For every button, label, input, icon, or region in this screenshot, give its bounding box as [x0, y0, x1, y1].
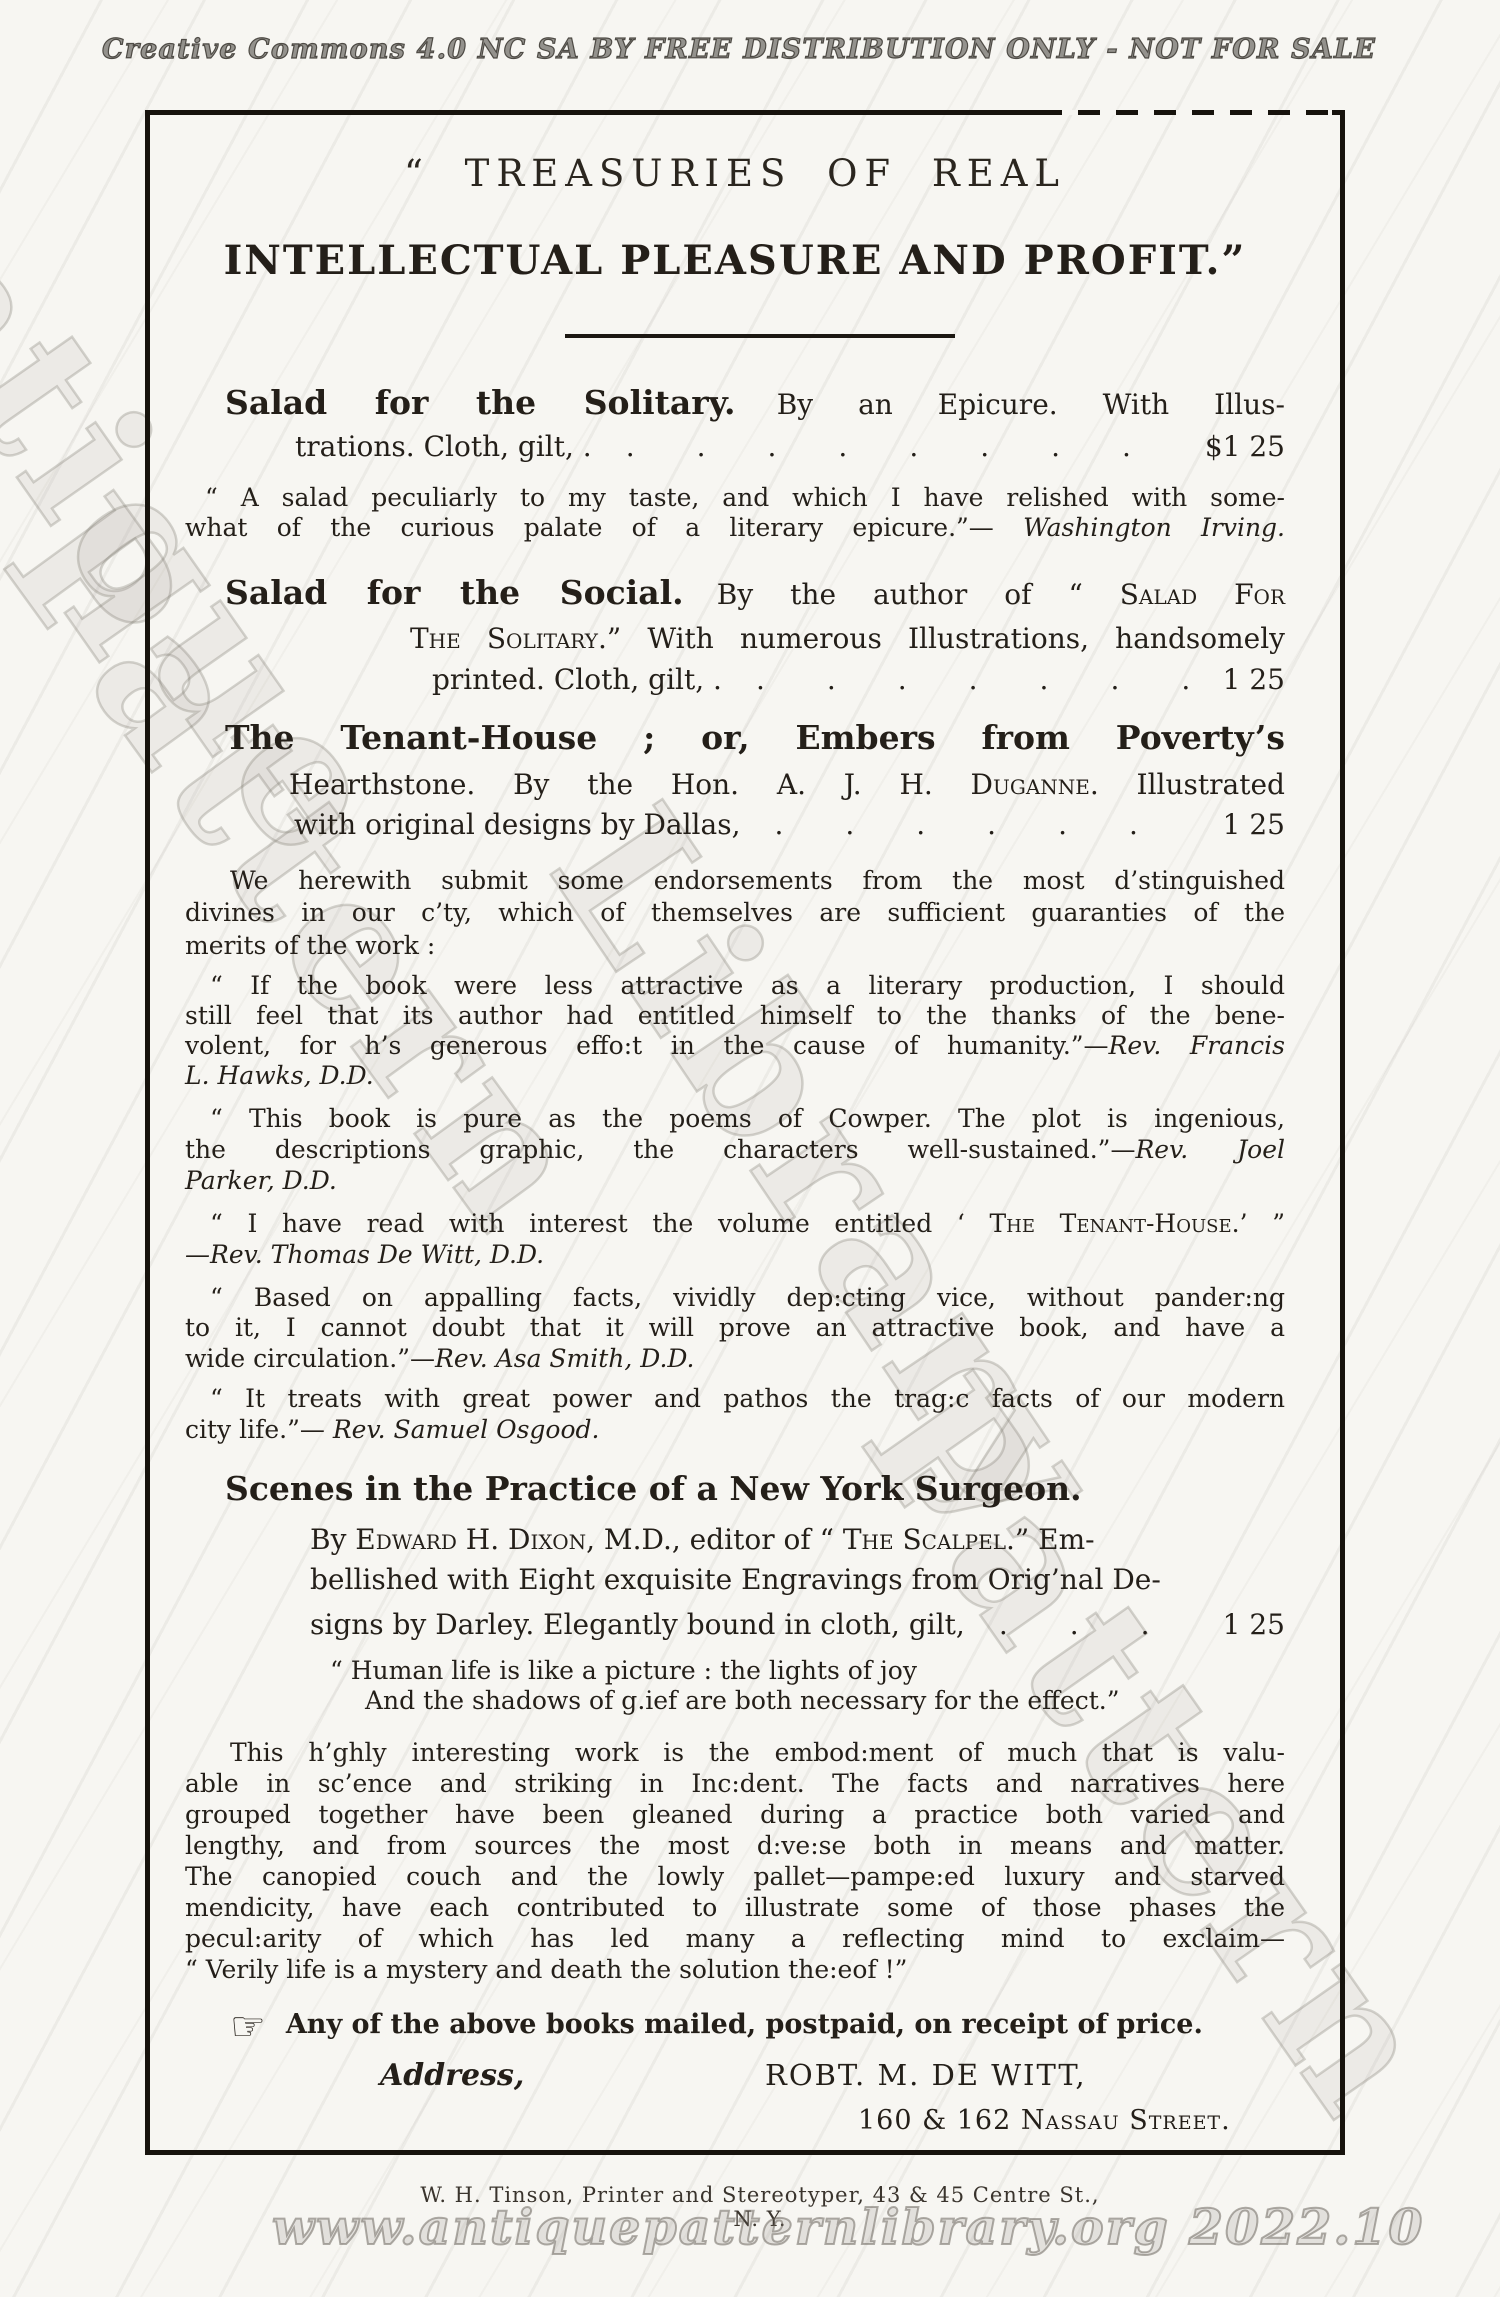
book-solitary-byline: By an Epicure. With Illus-: [777, 388, 1285, 421]
endorsement-q3-book-smallcaps: The Tenant-House.: [989, 1209, 1239, 1238]
scenes-paragraph-line5: The canopied couch and the lowly pallet—…: [185, 1862, 1285, 1892]
border-dash-gap: [1062, 110, 1332, 115]
book-social-detail2: printed. Cloth, gilt, .: [432, 663, 722, 696]
book-scenes-title: Scenes in the Practice of a New York Sur…: [225, 1469, 1285, 1508]
scenes-byline-b: M.D., editor of “: [595, 1523, 843, 1556]
solitary-quote-line2: what of the curious palate of a literary…: [185, 513, 1285, 543]
endorsement-q4-line1: “ Based on appalling facts, vividly dep:…: [210, 1283, 1285, 1313]
book-scenes-price: 1 25: [1223, 1608, 1285, 1641]
endorsement-q5-line2-text: city life.”—: [185, 1415, 333, 1444]
endorsement-q2-line2: the descriptions graphic, the characters…: [185, 1135, 1285, 1165]
endorsement-q4-attribution: Rev. Asa Smith, D.D.: [435, 1344, 694, 1373]
scenes-paragraph-line8: “ Verily life is a mystery and death the…: [185, 1955, 1285, 1985]
endorsement-q3-attribution: —Rev. Thomas De Witt, D.D.: [185, 1240, 1285, 1270]
endorsement-q4-line3: wide circulation.”—Rev. Asa Smith, D.D.: [185, 1344, 1285, 1374]
endorsement-q1-line2: still feel that its author had entitled …: [185, 1001, 1285, 1031]
book-tenant-title: The Tenant-House ; or, Embers from Pover…: [225, 718, 1285, 757]
watermark-url-line: www.antiquepatternlibrary.org 2022.10: [272, 2198, 1424, 2256]
solitary-quote-line2-text: what of the curious palate of a literary…: [185, 513, 1023, 542]
book-social-detail1: The Solitary.” With numerous Illustratio…: [410, 622, 1285, 655]
leader-dots: ......: [740, 808, 1222, 841]
street-number: 160 & 162: [858, 2105, 1021, 2136]
endorsement-q2-attribution-part1: Rev. Joel: [1135, 1135, 1285, 1164]
page-title-line1: “ TREASURIES OF REAL: [185, 152, 1285, 195]
book-tenant-priceline: with original designs by Dallas, ...... …: [294, 808, 1285, 841]
endorsement-q2-line2-text: the descriptions graphic, the characters…: [185, 1135, 1135, 1164]
endorsement-q2-attribution-part2: Parker, D.D.: [185, 1166, 1285, 1196]
book-tenant-author-smallcaps: Duganne.: [971, 768, 1099, 801]
endorsement-q3-line1: “ I have read with interest the volume e…: [210, 1209, 1285, 1239]
endorsement-intro-line2: divines in our c’ty, which of themselves…: [185, 898, 1285, 928]
endorsement-q1-line1: “ If the book were less attractive as a …: [210, 971, 1285, 1001]
address-row: Address, ROBT. M. DE WITT,: [185, 2058, 1285, 2098]
book-tenant-detail2: with original designs by Dallas,: [294, 808, 740, 841]
endorsement-q2-line1: “ This book is pure as the poems of Cowp…: [210, 1104, 1285, 1134]
scenes-paragraph-line4: lengthy, and from sources the most d:ve:…: [185, 1831, 1285, 1861]
book-solitary-detail: trations. Cloth, gilt, .: [295, 430, 592, 463]
endorsement-q4-line2: to it, I cannot doubt that it will prove…: [185, 1313, 1285, 1343]
book-tenant-detail1: Hearthstone. By the Hon. A. J. H. Dugann…: [289, 768, 1285, 801]
book-scenes-priceline: signs by Darley. Elegantly bound in clot…: [310, 1608, 1285, 1641]
leader-dots: ...: [965, 1608, 1223, 1641]
book-social-detail1-text: With numerous Illustrations, handsomely: [621, 622, 1285, 655]
book-social-title: Salad for the Social.: [225, 573, 684, 612]
leader-dots: ........: [592, 430, 1205, 463]
book-social-price: 1 25: [1223, 663, 1285, 696]
manicule-pointing-hand-icon: ☞: [230, 2004, 266, 2050]
endorsement-q1-line3: volent, for h’s generous effo:t in the c…: [185, 1031, 1285, 1061]
scenes-byline-c: ” Em-: [1015, 1523, 1095, 1556]
address-label: Address,: [380, 2058, 524, 2093]
endorsement-intro-line3: merits of the work :: [185, 931, 1285, 961]
book-social-priceline: printed. Cloth, gilt, . ....... 1 25: [432, 663, 1285, 696]
scenes-paragraph-line3: grouped together have been gleaned durin…: [185, 1800, 1285, 1830]
scenes-journal-smallcaps: The Scalpel.: [843, 1523, 1015, 1556]
scenes-byline-a: By: [310, 1523, 355, 1556]
endorsement-intro-line1: We herewith submit some endorsements fro…: [230, 866, 1285, 896]
street-name-smallcaps: Nassau Street.: [1021, 2105, 1231, 2136]
scenes-paragraph-line2: able in sc’ence and striking in Inc:dent…: [185, 1769, 1285, 1799]
scenes-paragraph-line1: This h’ghly interesting work is the embo…: [230, 1738, 1285, 1768]
endorsement-q1-line3-text: volent, for h’s generous effo:t in the c…: [185, 1031, 1109, 1060]
book-social-heading: Salad for the Social. By the author of “…: [225, 573, 1285, 612]
publisher-street-address: 160 & 162 Nassau Street.: [858, 2105, 1285, 2136]
book-scenes-byline: By Edward H. Dixon, M.D., editor of “ Th…: [310, 1523, 1285, 1556]
scenes-paragraph-line7: pecul:arity of which has led many a refl…: [185, 1924, 1285, 1954]
book-tenant-price: 1 25: [1223, 808, 1285, 841]
scenes-paragraph-line6: mendicity, have each contributed to illu…: [185, 1893, 1285, 1923]
solitary-quote-line1: “ A salad peculiarly to my taste, and wh…: [205, 483, 1285, 513]
endorsement-q3-line1b: ’ ”: [1240, 1209, 1285, 1238]
endorsement-q1-attribution-part2: L. Hawks, D.D.: [185, 1061, 1285, 1091]
book-tenant-detail1a: Hearthstone. By the Hon. A. J. H.: [289, 768, 971, 801]
leader-dots: .......: [722, 663, 1223, 696]
endorsement-q5-attribution: Rev. Samuel Osgood.: [333, 1415, 600, 1444]
title-divider-rule: [565, 334, 955, 338]
endorsement-q1-attribution-part1: Rev. Francis: [1109, 1031, 1285, 1060]
scanned-page: Antique Pattern Library Pattern Creative…: [0, 0, 1500, 2297]
mail-order-text: Any of the above books mailed, postpaid,…: [286, 2009, 1203, 2040]
book-social-byline: By the author of “: [717, 578, 1120, 611]
book-scenes-detail3: signs by Darley. Elegantly bound in clot…: [310, 1608, 965, 1641]
mail-order-note: ☞Any of the above books mailed, postpaid…: [230, 2004, 1285, 2050]
book-social-detail1-smallcaps: The Solitary.”: [410, 622, 621, 655]
scenes-author-smallcaps: Edward H. Dixon,: [355, 1523, 595, 1556]
endorsement-q4-line3-text: wide circulation.”—: [185, 1344, 435, 1373]
endorsement-q5-line1: “ It treats with great power and pathos …: [210, 1384, 1285, 1414]
cc-license-notice: Creative Commons 4.0 NC SA BY FREE DISTR…: [102, 34, 1376, 65]
book-tenant-detail1b: Illustrated: [1099, 768, 1285, 801]
page-border: “ TREASURIES OF REAL INTELLECTUAL PLEASU…: [145, 110, 1345, 2155]
endorsement-q3-line1a: “ I have read with interest the volume e…: [210, 1209, 989, 1238]
book-solitary-priceline: trations. Cloth, gilt, . ........ $1 25: [295, 430, 1285, 463]
book-solitary-heading: Salad for the Solitary. By an Epicure. W…: [225, 383, 1285, 422]
solitary-quote-attribution: Washington Irving.: [1023, 513, 1285, 542]
endorsement-q5-line2: city life.”— Rev. Samuel Osgood.: [185, 1415, 1285, 1445]
book-solitary-title: Salad for the Solitary.: [225, 383, 736, 422]
book-solitary-price: $1 25: [1205, 430, 1285, 463]
scenes-poem-line2: And the shadows of g.ief are both necess…: [365, 1686, 1285, 1716]
book-social-byline-smallcaps: Salad For: [1120, 578, 1285, 611]
book-scenes-detail2: bellished with Eight exquisite Engraving…: [310, 1563, 1285, 1596]
scenes-poem-line1: “ Human life is like a picture : the lig…: [330, 1656, 1285, 1686]
page-title-line2: INTELLECTUAL PLEASURE AND PROFIT.”: [185, 237, 1285, 284]
publisher-name: ROBT. M. DE WITT,: [765, 2058, 1087, 2092]
